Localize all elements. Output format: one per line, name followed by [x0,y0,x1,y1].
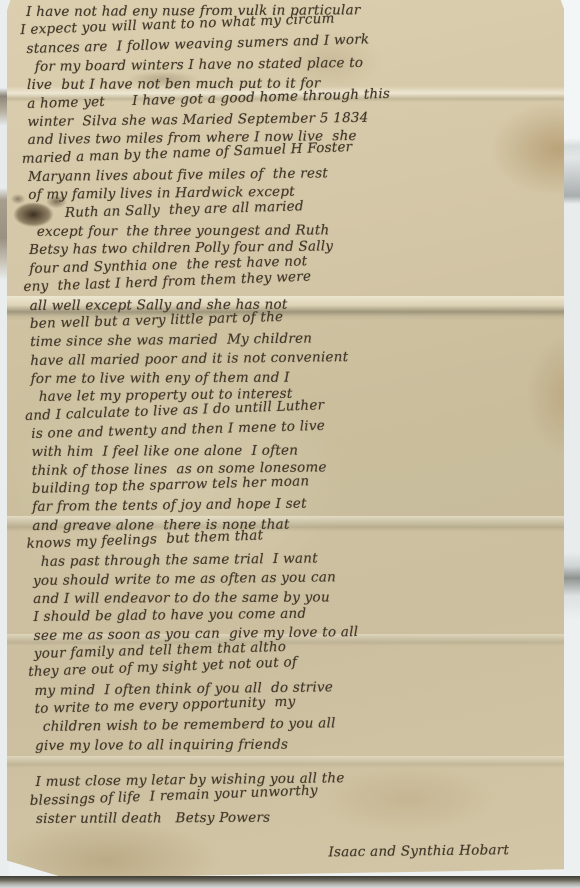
letter-line: with him I feel like one alone I often [31,440,561,461]
letter-text: I have not had eny nuse from vulk in par… [26,0,566,865]
letter-line: except four the three youngest and Ruth [37,220,559,241]
paper-bottom-shadow [0,876,580,888]
letter-line: for me to live with eny of them and I [31,367,561,388]
letter-line: and I will endeavor to do the same by yo… [33,587,563,608]
letter-line: sister untill death Betsy Powers [36,807,566,828]
scanned-letter-page: I have not had eny nuse from vulk in par… [0,0,580,888]
